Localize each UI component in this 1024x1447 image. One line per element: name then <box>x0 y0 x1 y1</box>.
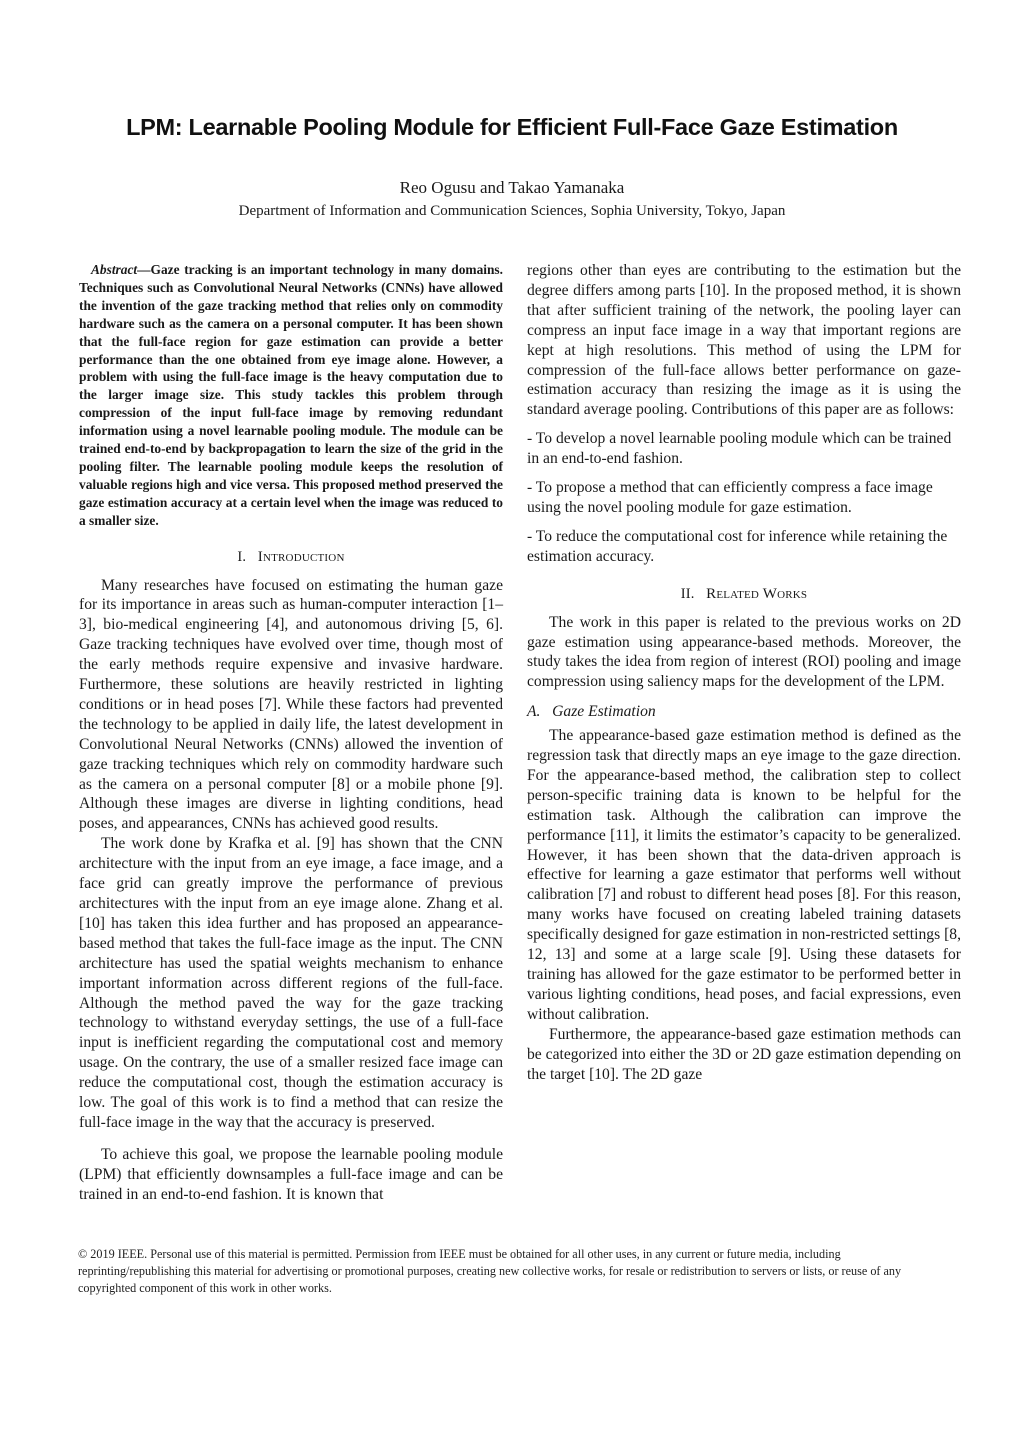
section-heading-related-works: II. Related Works <box>527 585 961 605</box>
copyright-notice: © 2019 IEEE. Personal use of this materi… <box>78 1246 948 1297</box>
abstract-dash: — <box>137 262 150 277</box>
contribution-item: - To propose a method that can efficient… <box>527 478 961 518</box>
abstract: Abstract—Gaze tracking is an important t… <box>79 261 503 530</box>
intro-paragraph-2: The work done by Krafka et al. [9] has s… <box>79 834 503 1133</box>
authors: Reo Ogusu and Takao Yamanaka <box>0 178 1024 198</box>
gaze-estimation-paragraph-2: Furthermore, the appearance-based gaze e… <box>527 1025 961 1085</box>
section-heading-introduction: I. Introduction <box>79 548 503 568</box>
section-title: Introduction <box>258 549 345 565</box>
subsection-heading-gaze-estimation: A. Gaze Estimation <box>527 702 961 722</box>
subsection-title: Gaze Estimation <box>552 703 656 720</box>
section-title: Related Works <box>706 586 807 602</box>
right-column: regions other than eyes are contributing… <box>527 261 961 1084</box>
gaze-estimation-paragraph-1: The appearance-based gaze estimation met… <box>527 726 961 1025</box>
affiliation: Department of Information and Communicat… <box>0 203 1024 220</box>
contribution-item: - To develop a novel learnable pooling m… <box>527 429 961 469</box>
intro-paragraph-3-start: To achieve this goal, we propose the lea… <box>79 1145 503 1205</box>
contribution-item: - To reduce the computational cost for i… <box>527 527 961 567</box>
intro-paragraph-3-cont: regions other than eyes are contributing… <box>527 261 961 420</box>
paper-title: LPM: Learnable Pooling Module for Effici… <box>0 114 1024 141</box>
left-column: Abstract—Gaze tracking is an important t… <box>79 261 503 1205</box>
abstract-text: Gaze tracking is an important technology… <box>79 262 503 528</box>
related-works-intro: The work in this paper is related to the… <box>527 613 961 693</box>
abstract-label: Abstract <box>91 262 137 277</box>
intro-paragraph-1: Many researches have focused on estimati… <box>79 576 503 835</box>
section-number: II. <box>681 586 695 602</box>
subsection-label: A. <box>527 703 540 720</box>
section-number: I. <box>237 549 246 565</box>
